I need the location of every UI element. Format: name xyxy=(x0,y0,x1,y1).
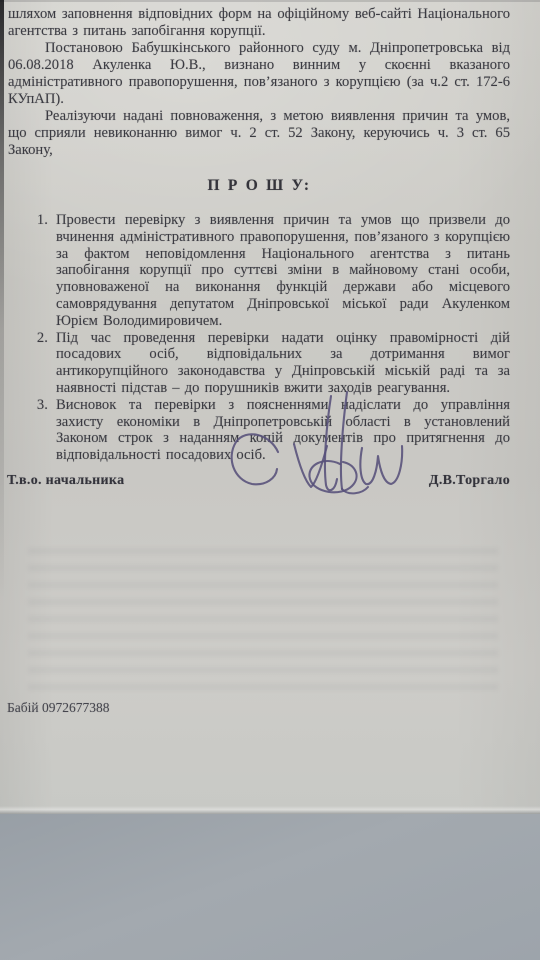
paper-fold-shadow xyxy=(0,814,540,960)
document-page: шляхом заповнення відповідних форм на оф… xyxy=(0,0,540,814)
photo-edge-left xyxy=(0,0,4,600)
contact-note: Бабій 0972677388 xyxy=(7,700,109,716)
signature-row: Т.в.о. начальника Д.В.Торгало xyxy=(7,473,510,489)
signature-icon xyxy=(214,386,419,534)
paper-crease xyxy=(0,806,540,814)
document-photo: шляхом заповнення відповідних форм на оф… xyxy=(0,0,540,960)
photo-edge-top xyxy=(0,0,540,2)
paragraph-court-ruling: Постановою Бабушкінського районного суду… xyxy=(8,40,510,108)
paper-showthrough xyxy=(28,548,498,698)
list-item-inspection: Провести перевірку з виявлення причин та… xyxy=(53,212,510,330)
signer-name: Д.В.Торгало xyxy=(429,473,510,489)
signer-title: Т.в.о. начальника xyxy=(7,473,124,489)
paragraph-web-form: шляхом заповнення відповідних форм на оф… xyxy=(8,6,510,40)
paragraph-authority: Реалізуючи надані повноваження, з метою … xyxy=(8,108,510,159)
request-heading: П Р О Ш У: xyxy=(8,177,510,194)
